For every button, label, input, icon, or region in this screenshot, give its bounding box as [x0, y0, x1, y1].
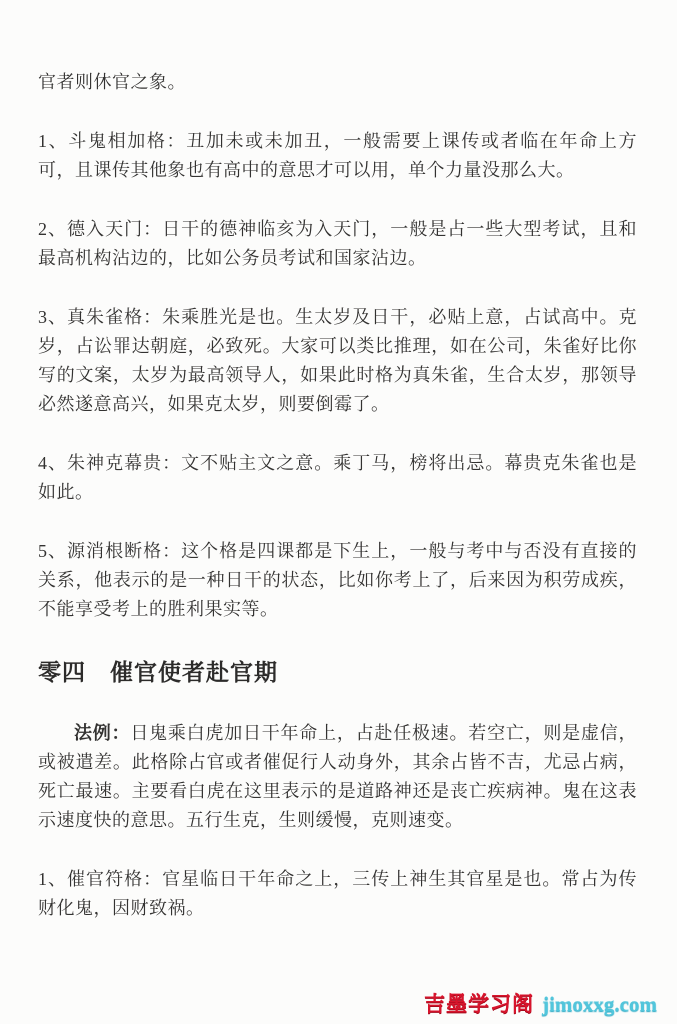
numbered-item-4: 4、朱神克幕贵：文不贴主文之意。乘丁马，榜将出忌。幕贵克朱雀也是如此。: [38, 449, 637, 507]
numbered-item-6: 1、催官符格：官星临日干年命之上，三传上神生其官星是也。常占为传财化鬼，因财致祸…: [38, 865, 637, 923]
section-heading: 零四 催官使者赴官期: [38, 654, 637, 687]
site-name-text: 吉墨学习阁: [424, 992, 534, 1016]
document-page: 官者则休官之象。 1、斗鬼相加格：丑加未或未加丑，一般需要上课传或者临在年命上方…: [0, 0, 677, 1024]
numbered-item-5: 5、源消根断格：这个格是四课都是下生上，一般与考中与否没有直接的关系，他表示的是…: [38, 537, 637, 624]
watermark: 吉墨学习阁jimoxxg.com: [424, 988, 657, 1018]
site-url-text: jimoxxg.com: [542, 992, 657, 1016]
numbered-item-1: 1、斗鬼相加格：丑加未或未加丑，一般需要上课传或者临在年命上方可，且课传其他象也…: [38, 127, 637, 185]
fali-label: 法例：: [74, 723, 130, 743]
numbered-item-3: 3、真朱雀格：朱乘胜光是也。生太岁及日干，必贴上意，占试高中。克岁，占讼罪达朝庭…: [38, 303, 637, 419]
numbered-item-2: 2、德入天门：日干的德神临亥为入天门，一般是占一些大型考试，且和最高机构沾边的，…: [38, 215, 637, 273]
fali-paragraph: 法例：日鬼乘白虎加日干年命上，占赴任极速。若空亡，则是虚信，或被遣差。此格除占官…: [38, 719, 637, 835]
intro-paragraph: 官者则休官之象。: [38, 68, 637, 97]
